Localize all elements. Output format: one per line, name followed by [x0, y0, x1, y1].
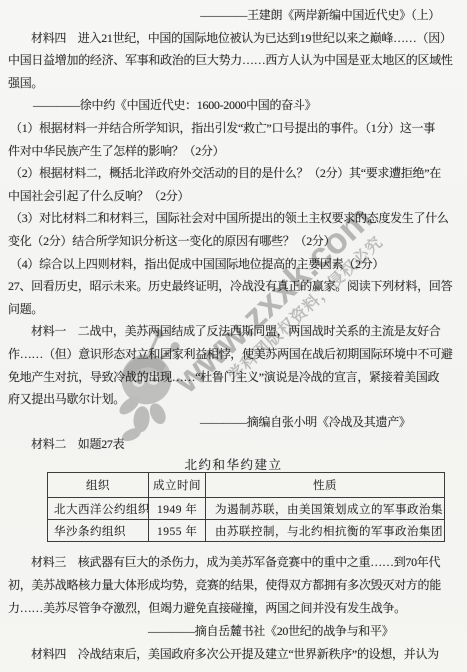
- cell-nato-name: 北大西洋公约组织: [48, 498, 149, 520]
- table-row-warsaw: 华沙条约组织 1955 年 由苏联控制，与北约相抗衡的军事政治集团: [48, 520, 445, 542]
- material-four-line-3: 强国。: [0, 72, 467, 95]
- exam-text-upper-section: ————王建朗《两岸新编中国近代史》（上） 材料四 进入21世纪，中国的国际地位…: [0, 4, 467, 456]
- cell-nato-nature: 为遏制苏联，由美国策划成立的军事政治集团: [206, 498, 445, 520]
- table-title: 北约和华约建立: [0, 455, 467, 473]
- scanned-exam-page: ————王建朗《两岸新编中国近代史》（上） 材料四 进入21世纪，中国的国际地位…: [0, 0, 467, 672]
- citation-xu-zhongyue: ————徐中约《中国近代史：1600-2000中国的奋斗》: [0, 94, 467, 117]
- material-four-line-1: 材料四 进入21世纪，中国的国际地位被认为已达到19世纪以来之巅峰……（因）: [0, 27, 467, 50]
- question-2-line-2: 中国社会引起了什么反响？（2分）: [0, 185, 467, 208]
- question-3-line-1: （3）对比材料二和材料三，国际社会对中国所提出的领土主权要求的态度发生了什么: [0, 207, 467, 230]
- question-2-line-1: （2）根据材料二，概括北洋政府外交活动的目的是什么？（2分）其“要求遭拒绝”在: [0, 162, 467, 185]
- exam-text-lower-section: 材料三 核武器有巨大的杀伤力，成为美苏军备竞赛中的重中之重……到70年代 初，美…: [0, 551, 467, 666]
- cell-warsaw-name: 华沙条约组织: [48, 520, 149, 542]
- header-founding-date: 成立时间: [149, 473, 206, 498]
- material-three-line-3: 力……美苏尽管争夺激烈，但竭力避免直接碰撞，两国之间并没有发生战争。: [0, 597, 467, 620]
- citation-yuelu-press: ————摘自岳麓书社《20世纪的战争与和平》: [0, 620, 467, 643]
- material-four-coldwar-line: 材料四 冷战结束后，美国政府多次公开提及建立“世界新秩序”的设想，并认为: [0, 643, 467, 666]
- material-three-line-2: 初，美苏战略核力量大体形成均势，竞赛的结果，使得双方都拥有多次毁灭对方的能: [0, 574, 467, 597]
- material-one-line-2: 作……（但）意识形态对立和国家利益相悖，使美苏两国在战后初期国际环境中不可避: [0, 343, 467, 366]
- question-3-line-2: 变化（2分）结合所学知识分析这一变化的原因有哪些？（2分）: [0, 230, 467, 253]
- header-organization: 组织: [48, 473, 149, 498]
- cell-warsaw-nature: 由苏联控制，与北约相抗衡的军事政治集团: [206, 520, 445, 542]
- cell-nato-date: 1949 年: [149, 498, 206, 520]
- question-27-intro-line-1: 27、回看历史，昭示未来。历史最终证明，冷战没有真正的赢家。阅读下列材料，回答: [0, 275, 467, 298]
- cell-warsaw-date: 1955 年: [149, 520, 206, 542]
- material-two-line: 材料二 如题27表: [0, 433, 467, 456]
- material-one-line-3: 免地产生对抗，导致冷战的出现……“杜鲁门主义”演说是冷战的宣言，紧接着美国政: [0, 366, 467, 389]
- question-4-line: （4）综合以上四则材料，指出促成中国国际地位提高的主要因素（2分）: [0, 253, 467, 276]
- header-nature: 性质: [206, 473, 445, 498]
- question-27-intro-line-2: 问题。: [0, 298, 467, 321]
- citation-zhang-xiaoming: ————摘编自张小明《冷战及其遗产》: [0, 411, 467, 434]
- table-row-nato: 北大西洋公约组织 1949 年 为遏制苏联，由美国策划成立的军事政治集团: [48, 498, 445, 520]
- nato-warsaw-pact-table: 组织 成立时间 性质 北大西洋公约组织 1949 年 为遏制苏联，由美国策划成立…: [47, 472, 445, 542]
- material-four-line-2: 中国日益增加的经济、军事和政治的巨大势力……西方人认为中国是亚太地区的区域性: [0, 49, 467, 72]
- material-one-line-1: 材料一 二战中，美苏两国结成了反法西斯同盟，两国战时关系的主流是友好合: [0, 320, 467, 343]
- material-three-line-1: 材料三 核武器有巨大的杀伤力，成为美苏军备竞赛中的重中之重……到70年代: [0, 551, 467, 574]
- question-1-line-1: （1）根据材料一并结合所学知识，指出引发“救亡”口号提出的事件。（1分）这一事: [0, 117, 467, 140]
- question-1-line-2: 件对中华民族产生了怎样的影响？（2分）: [0, 140, 467, 163]
- material-one-line-4: 府又提出马歇尔计划。: [0, 388, 467, 411]
- citation-wang-jianlang: ————王建朗《两岸新编中国近代史》（上）: [0, 4, 467, 27]
- table-header-row: 组织 成立时间 性质: [48, 473, 445, 498]
